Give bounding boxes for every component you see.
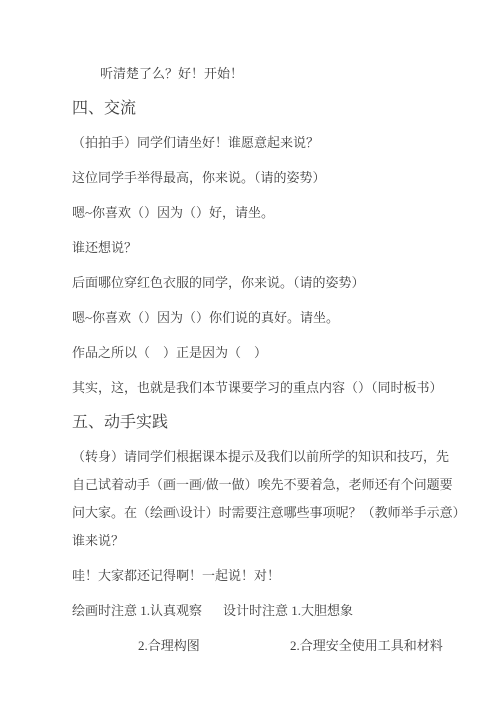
doc-line-clap-hands: （拍拍手）同学们请坐好！谁愿意起来说？ <box>72 133 444 153</box>
doc-line-you-like-1: 嗯~你喜欢（）因为（）好，请坐。 <box>72 203 444 223</box>
note-drawing-observe: 绘画时注意 1.认真观察 <box>72 601 223 621</box>
doc-line-red-clothes: 后面哪位穿红色衣服的同学，你来说。（请的姿势） <box>72 273 444 293</box>
doc-line-wow-remember: 哇！大家都还记得啊！一起说！对！ <box>72 566 444 586</box>
doc-line-turn-around: （转身）请同学们根据课本提示及我们以前所学的知识和技巧，先 <box>72 447 444 467</box>
doc-line-try-yourself: 自己试着动手（画一画/做一做）唉先不要着急，老师还有个问题要 <box>72 475 444 495</box>
doc-line-key-content: 其实，这，也就是我们本节课要学习的重点内容（）（同时板书） <box>72 378 444 398</box>
note-design-imagine: 设计时注意 1.大胆想象 <box>223 603 353 618</box>
doc-line-listen-clear: 听清楚了么？好！开始！ <box>72 64 444 84</box>
note-design-safety: 2.合理安全使用工具和材料 <box>290 638 443 653</box>
doc-line-you-like-2: 嗯~你喜欢（）因为（）你们说的真好。请坐。 <box>72 308 444 328</box>
notes-row-1: 绘画时注意 1.认真观察设计时注意 1.大胆想象 <box>72 601 444 621</box>
notes-row-2: 2.合理构图2.合理安全使用工具和材料 <box>72 636 444 656</box>
section-heading-four-exchange: 四、交流 <box>72 99 444 119</box>
doc-line-work-because: 作品之所以（ ）正是因为（ ） <box>72 343 444 363</box>
doc-line-who-says: 谁来说？ <box>72 531 444 551</box>
lesson-plan-page: 听清楚了么？好！开始！ 四、交流 （拍拍手）同学们请坐好！谁愿意起来说？ 这位同… <box>0 0 500 708</box>
note-drawing-composition: 2.合理构图 <box>138 636 290 656</box>
doc-line-who-else: 谁还想说？ <box>72 238 444 258</box>
doc-line-ask-everyone: 问大家。在（绘画\设计）时需要注意哪些事项呢？（教师举手示意） <box>72 503 444 523</box>
section-heading-five-practice: 五、动手实践 <box>72 413 444 433</box>
doc-line-highest-hand: 这位同学手举得最高，你来说。（请的姿势） <box>72 168 444 188</box>
